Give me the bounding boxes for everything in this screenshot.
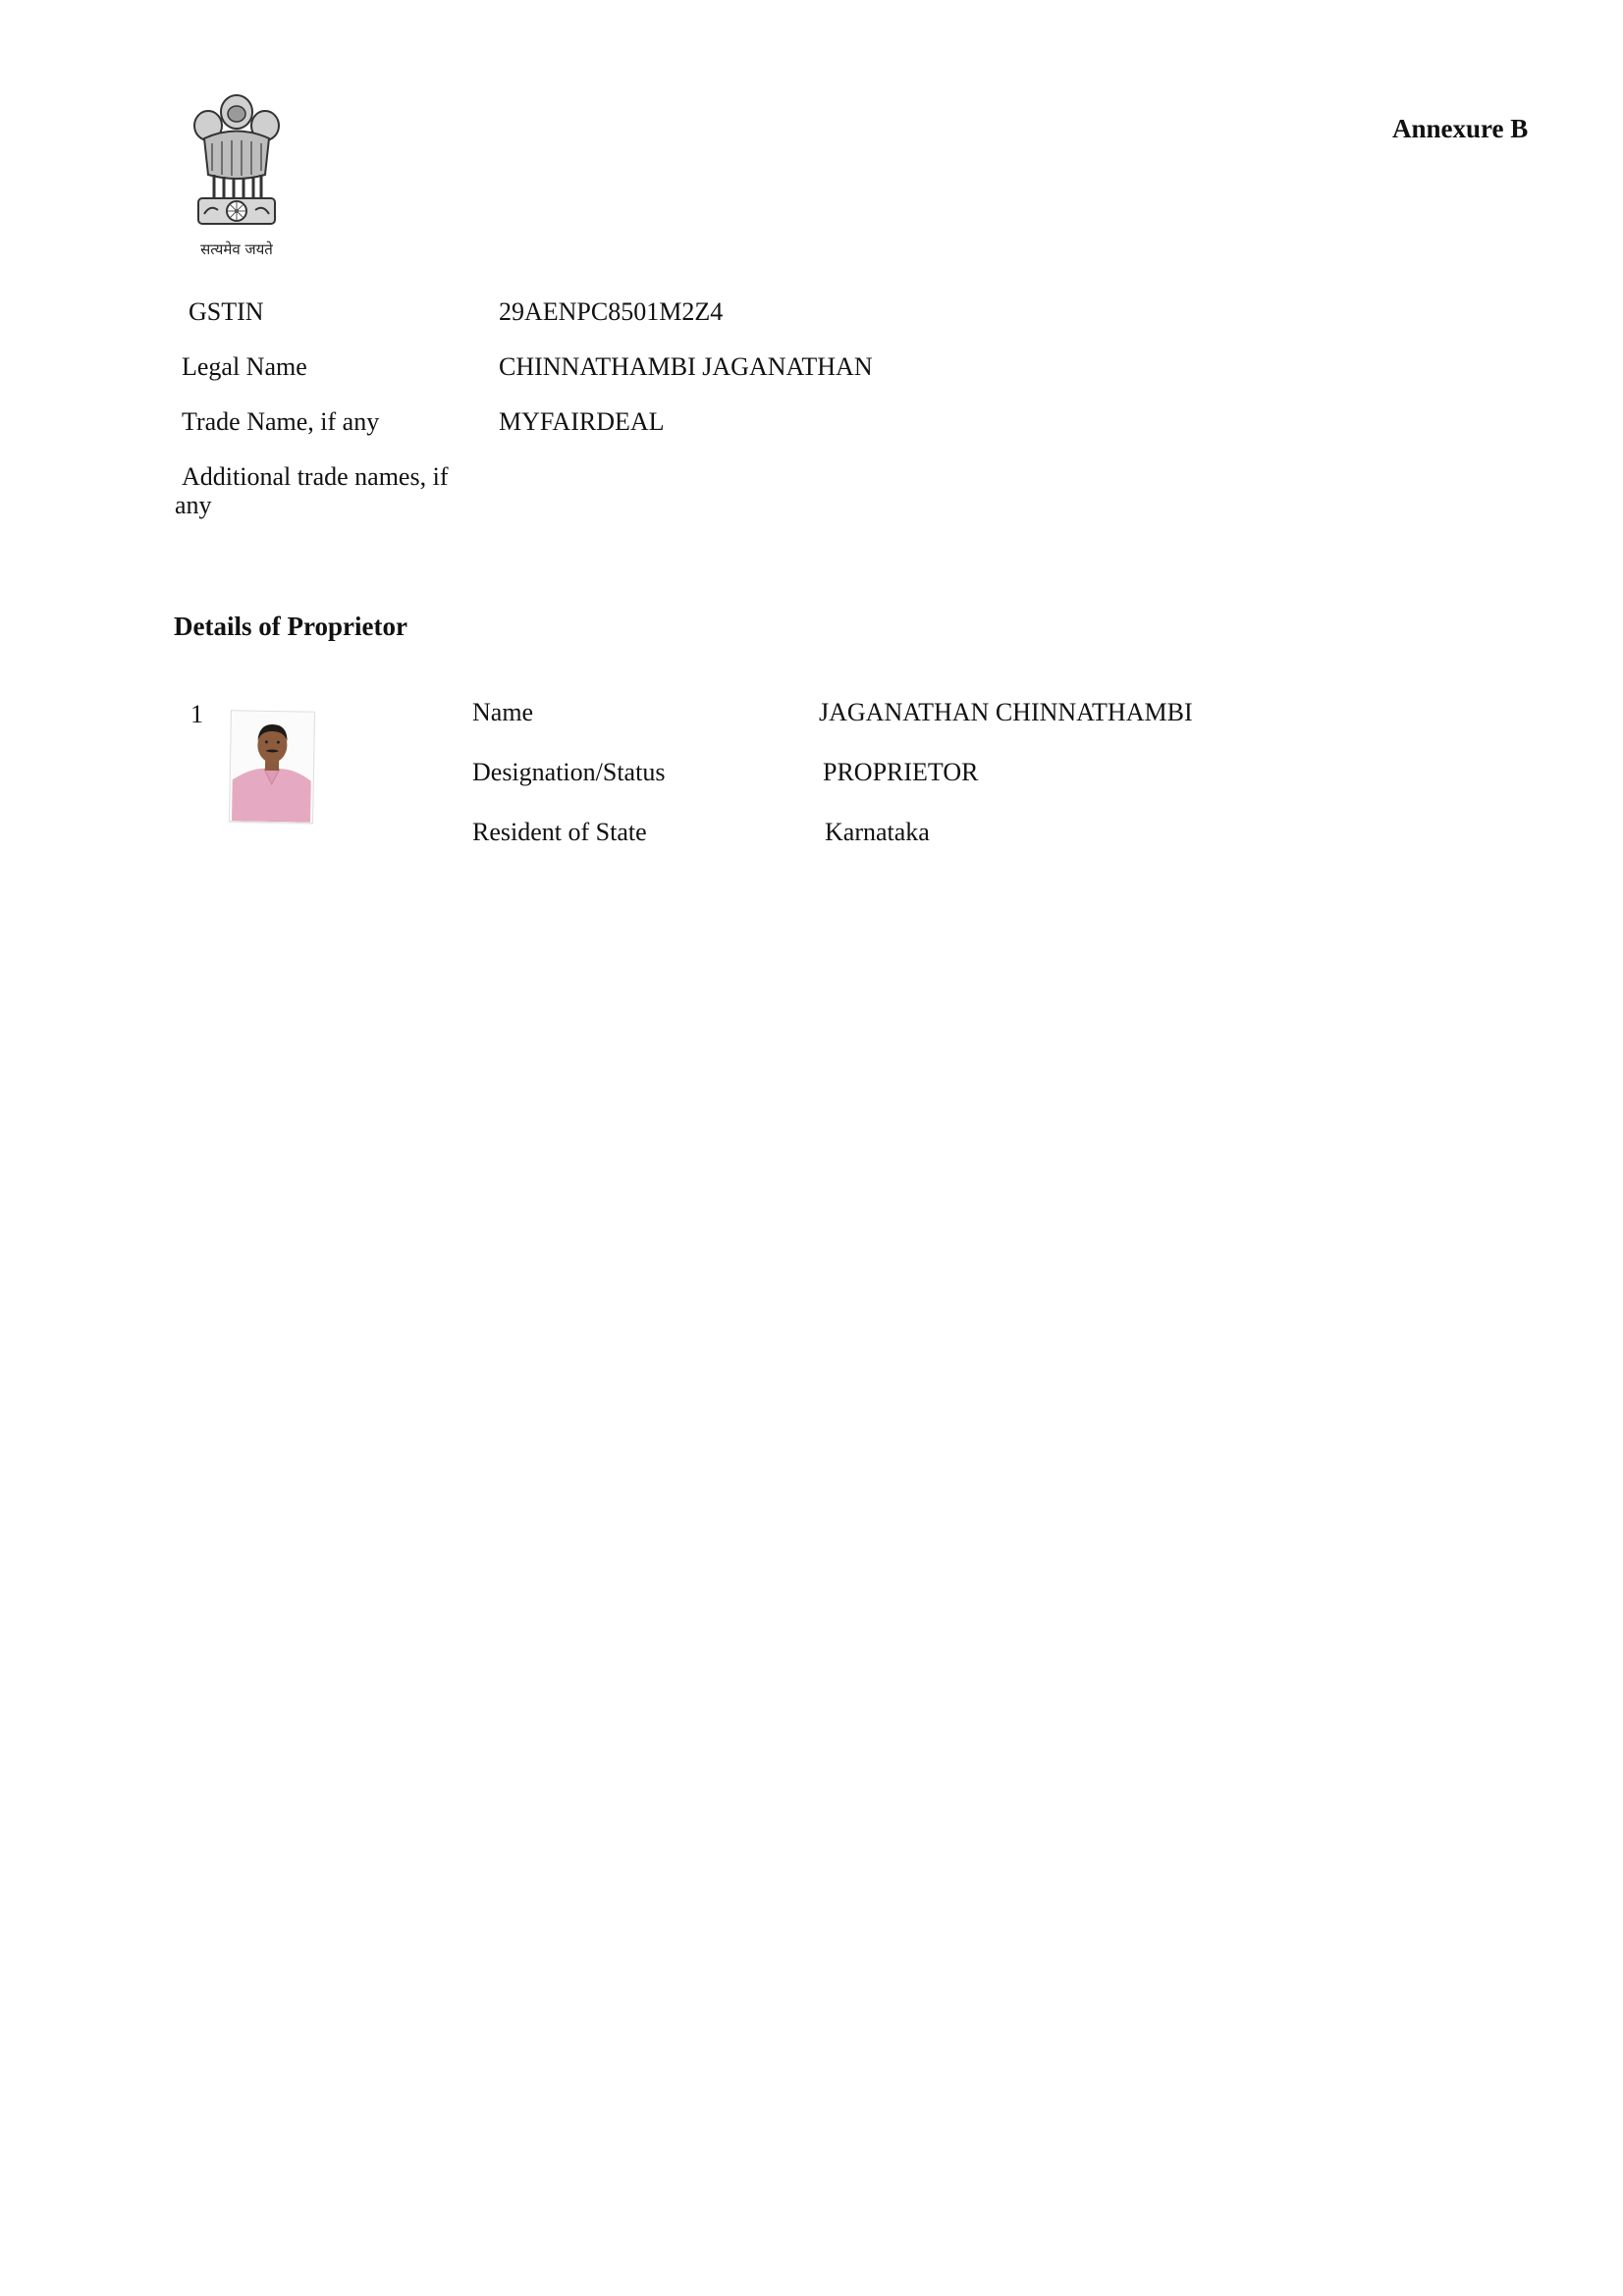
trade-name-value: MYFAIRDEAL (499, 407, 665, 437)
designation-label: Designation/Status (472, 758, 665, 787)
person-photo-icon (230, 711, 314, 822)
proprietor-section-heading: Details of Proprietor (174, 612, 407, 642)
resident-state-value: Karnataka (825, 818, 930, 847)
gstin-value: 29AENPC8501M2Z4 (499, 297, 723, 327)
legal-name-value: CHINNATHAMBI JAGANATHAN (499, 352, 873, 382)
legal-name-label: Legal Name (182, 352, 307, 381)
emblem-motto: सत्यमेव जयते (183, 240, 291, 259)
gstin-label: GSTIN (189, 297, 264, 326)
trade-name-label: Trade Name, if any (182, 407, 379, 436)
proprietor-name-label: Name (472, 698, 533, 727)
additional-trade-names-label: Additional trade names, if any (175, 462, 479, 519)
national-emblem: सत्यमेव जयते (183, 84, 291, 261)
entry-index: 1 (190, 700, 203, 729)
annexure-label: Annexure B (1392, 114, 1528, 144)
proprietor-photo (229, 710, 315, 823)
resident-state-label: Resident of State (472, 818, 647, 847)
national-emblem-icon (183, 84, 291, 237)
designation-value: PROPRIETOR (823, 758, 978, 787)
proprietor-name-value: JAGANATHAN CHINNATHAMBI (819, 698, 1193, 727)
